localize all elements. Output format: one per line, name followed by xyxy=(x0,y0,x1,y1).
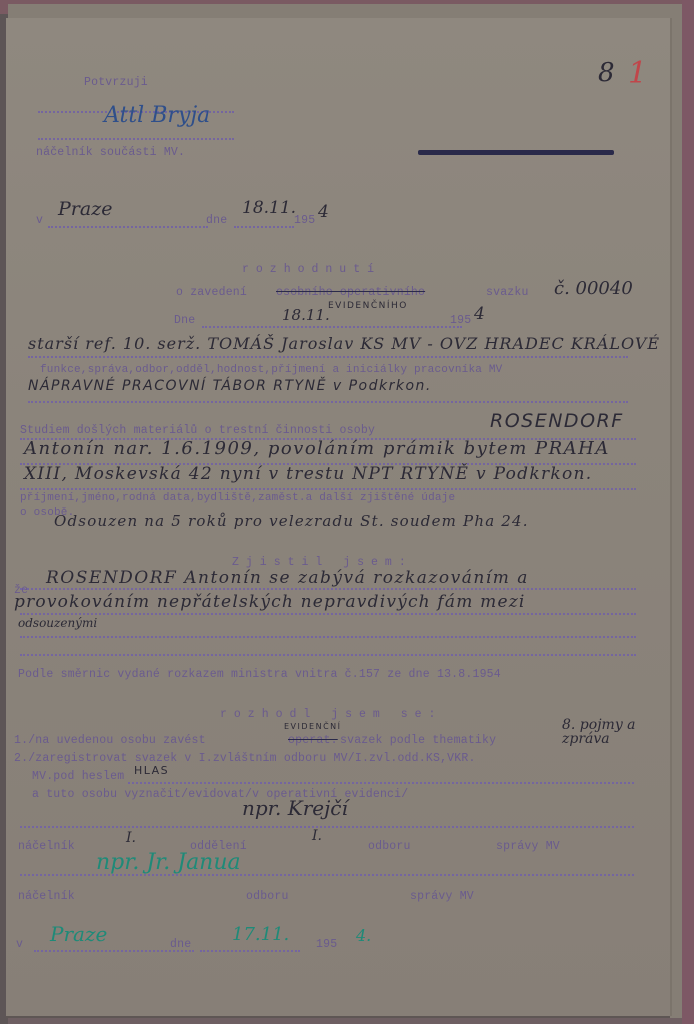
dotted-line xyxy=(200,950,300,952)
bottom-place-value: Praze xyxy=(50,922,107,946)
dotted-line xyxy=(20,654,636,656)
bottom-year-digit: 4. xyxy=(356,926,371,945)
study-line2: Antonín nar. 1.6.1909, povoláním prámik … xyxy=(24,438,610,459)
findings-line3: odsouzenými xyxy=(18,616,97,630)
sig-row1-val1: I. xyxy=(126,830,136,846)
inserted-evidencni: EVIDENČNÍ xyxy=(284,722,342,731)
dotted-line xyxy=(202,326,462,328)
dotted-line xyxy=(48,226,208,228)
sig-row1-val2: I. xyxy=(312,828,322,844)
bottom-date-label: dne xyxy=(170,938,191,951)
redaction-strike xyxy=(418,150,614,155)
decision-date: 18.11. xyxy=(282,306,330,324)
dotted-line xyxy=(20,874,634,876)
decision-heading: rozhodnutí xyxy=(242,263,381,276)
dotted-line xyxy=(20,826,634,828)
dotted-line xyxy=(20,488,636,490)
resolution-item1-suffix: svazek podle thematiky xyxy=(340,734,496,747)
resolution-item1-struck: operat. xyxy=(288,734,338,747)
bottom-place-prefix: v xyxy=(16,938,23,951)
sig-row1-label1: náčelník xyxy=(18,840,75,853)
dotted-line xyxy=(20,636,636,638)
dotted-line xyxy=(20,588,636,590)
signature-1: npr. Krejčí xyxy=(242,796,348,820)
date-label: dne xyxy=(206,214,227,227)
study-note: Odsouzen na 5 roků pro velezradu St. sou… xyxy=(54,512,529,530)
document-page: 8 1 Potvrzuji Attl Bryja náčelník součás… xyxy=(6,18,670,1016)
resolution-item1-hand: 8. pojmy a zpráva xyxy=(562,718,672,746)
study-typed-prefix: Studiem došlých materiálů o trestní činn… xyxy=(20,424,375,437)
officer-caption: funkce,správa,odbor,odděl,hodnost,příjme… xyxy=(40,364,502,376)
resolution-item1-prefix: 1./na uvedenou osobu zavést xyxy=(14,734,206,747)
year-digit: 4 xyxy=(318,202,329,222)
place-value: Praze xyxy=(58,198,112,220)
dotted-line xyxy=(234,226,294,228)
dotted-line xyxy=(28,356,628,358)
file-number: č. 00040 xyxy=(554,278,633,299)
place-prefix: v xyxy=(36,214,43,227)
decision-subject-struck: osobního operativního xyxy=(276,286,425,299)
dotted-line xyxy=(28,401,628,403)
inserted-evidencniho: EVIDENČNÍHO xyxy=(328,301,408,311)
officer-unit: NÁPRAVNÉ PRACOVNÍ TÁBOR RTYNĚ v Podkrkon… xyxy=(28,378,432,394)
approval-signature: Attl Bryja xyxy=(104,103,210,128)
dotted-line xyxy=(20,613,636,615)
page-number-red: 1 xyxy=(628,56,647,91)
findings-line1: ROSENDORF Antonín se zabývá rozkazováním… xyxy=(46,568,529,588)
folder-cover-right xyxy=(682,0,694,1024)
resolution-item2-line1: 2./zaregistrovat svazek v I.zvláštním od… xyxy=(14,752,476,765)
directive-text: Podle směrnic vydané rozkazem ministra v… xyxy=(18,668,501,681)
bottom-year-prefix: 195 xyxy=(316,938,337,951)
bottom-date-value: 17.11. xyxy=(232,924,289,945)
dotted-line xyxy=(128,782,634,784)
sig-row2-label2: odboru xyxy=(246,890,289,903)
study-name: ROSENDORF xyxy=(490,410,624,432)
findings-line2: provokováním nepřátelských nepravdivých … xyxy=(14,592,526,612)
year-prefix: 195 xyxy=(294,214,315,227)
decision-subject-suffix: svazku xyxy=(486,286,529,299)
signature-2: npr. Jr. Janua xyxy=(96,850,241,875)
sig-row1-label3: odboru xyxy=(368,840,411,853)
resolution-heading: rozhodl jsem se: xyxy=(220,708,442,721)
decision-subject-prefix: o zavedení xyxy=(176,286,247,299)
decision-date-label: Dne xyxy=(174,314,195,327)
page-number-pencil: 8 xyxy=(598,58,615,88)
approval-label: Potvrzuji xyxy=(84,76,148,89)
sig-row1-label4: správy MV xyxy=(496,840,560,853)
date-value: 18.11. xyxy=(242,198,296,218)
codename: HLAS xyxy=(134,764,169,777)
sig-row2-label1: náčelník xyxy=(18,890,75,903)
approval-title: náčelník součásti MV. xyxy=(36,146,185,159)
sig-row2-label3: správy MV xyxy=(410,890,474,903)
resolution-item2-line2-prefix: MV.pod heslem xyxy=(32,770,124,783)
dotted-line xyxy=(38,138,234,140)
officer-handwritten: starší ref. 10. serž. TOMÁŠ Jaroslav KS … xyxy=(28,334,660,353)
study-line3: XIII, Moskevská 42 nyní v trestu NPT RTY… xyxy=(24,464,592,484)
decision-year-prefix: 195 xyxy=(450,314,471,327)
study-caption-1: příjmení,jméno,rodná data,bydliště,zaměs… xyxy=(20,492,455,504)
decision-year-digit: 4 xyxy=(474,304,485,324)
resolution-item2-line3: a tuto osobu vyznačit/evidovat/v operati… xyxy=(32,788,408,801)
